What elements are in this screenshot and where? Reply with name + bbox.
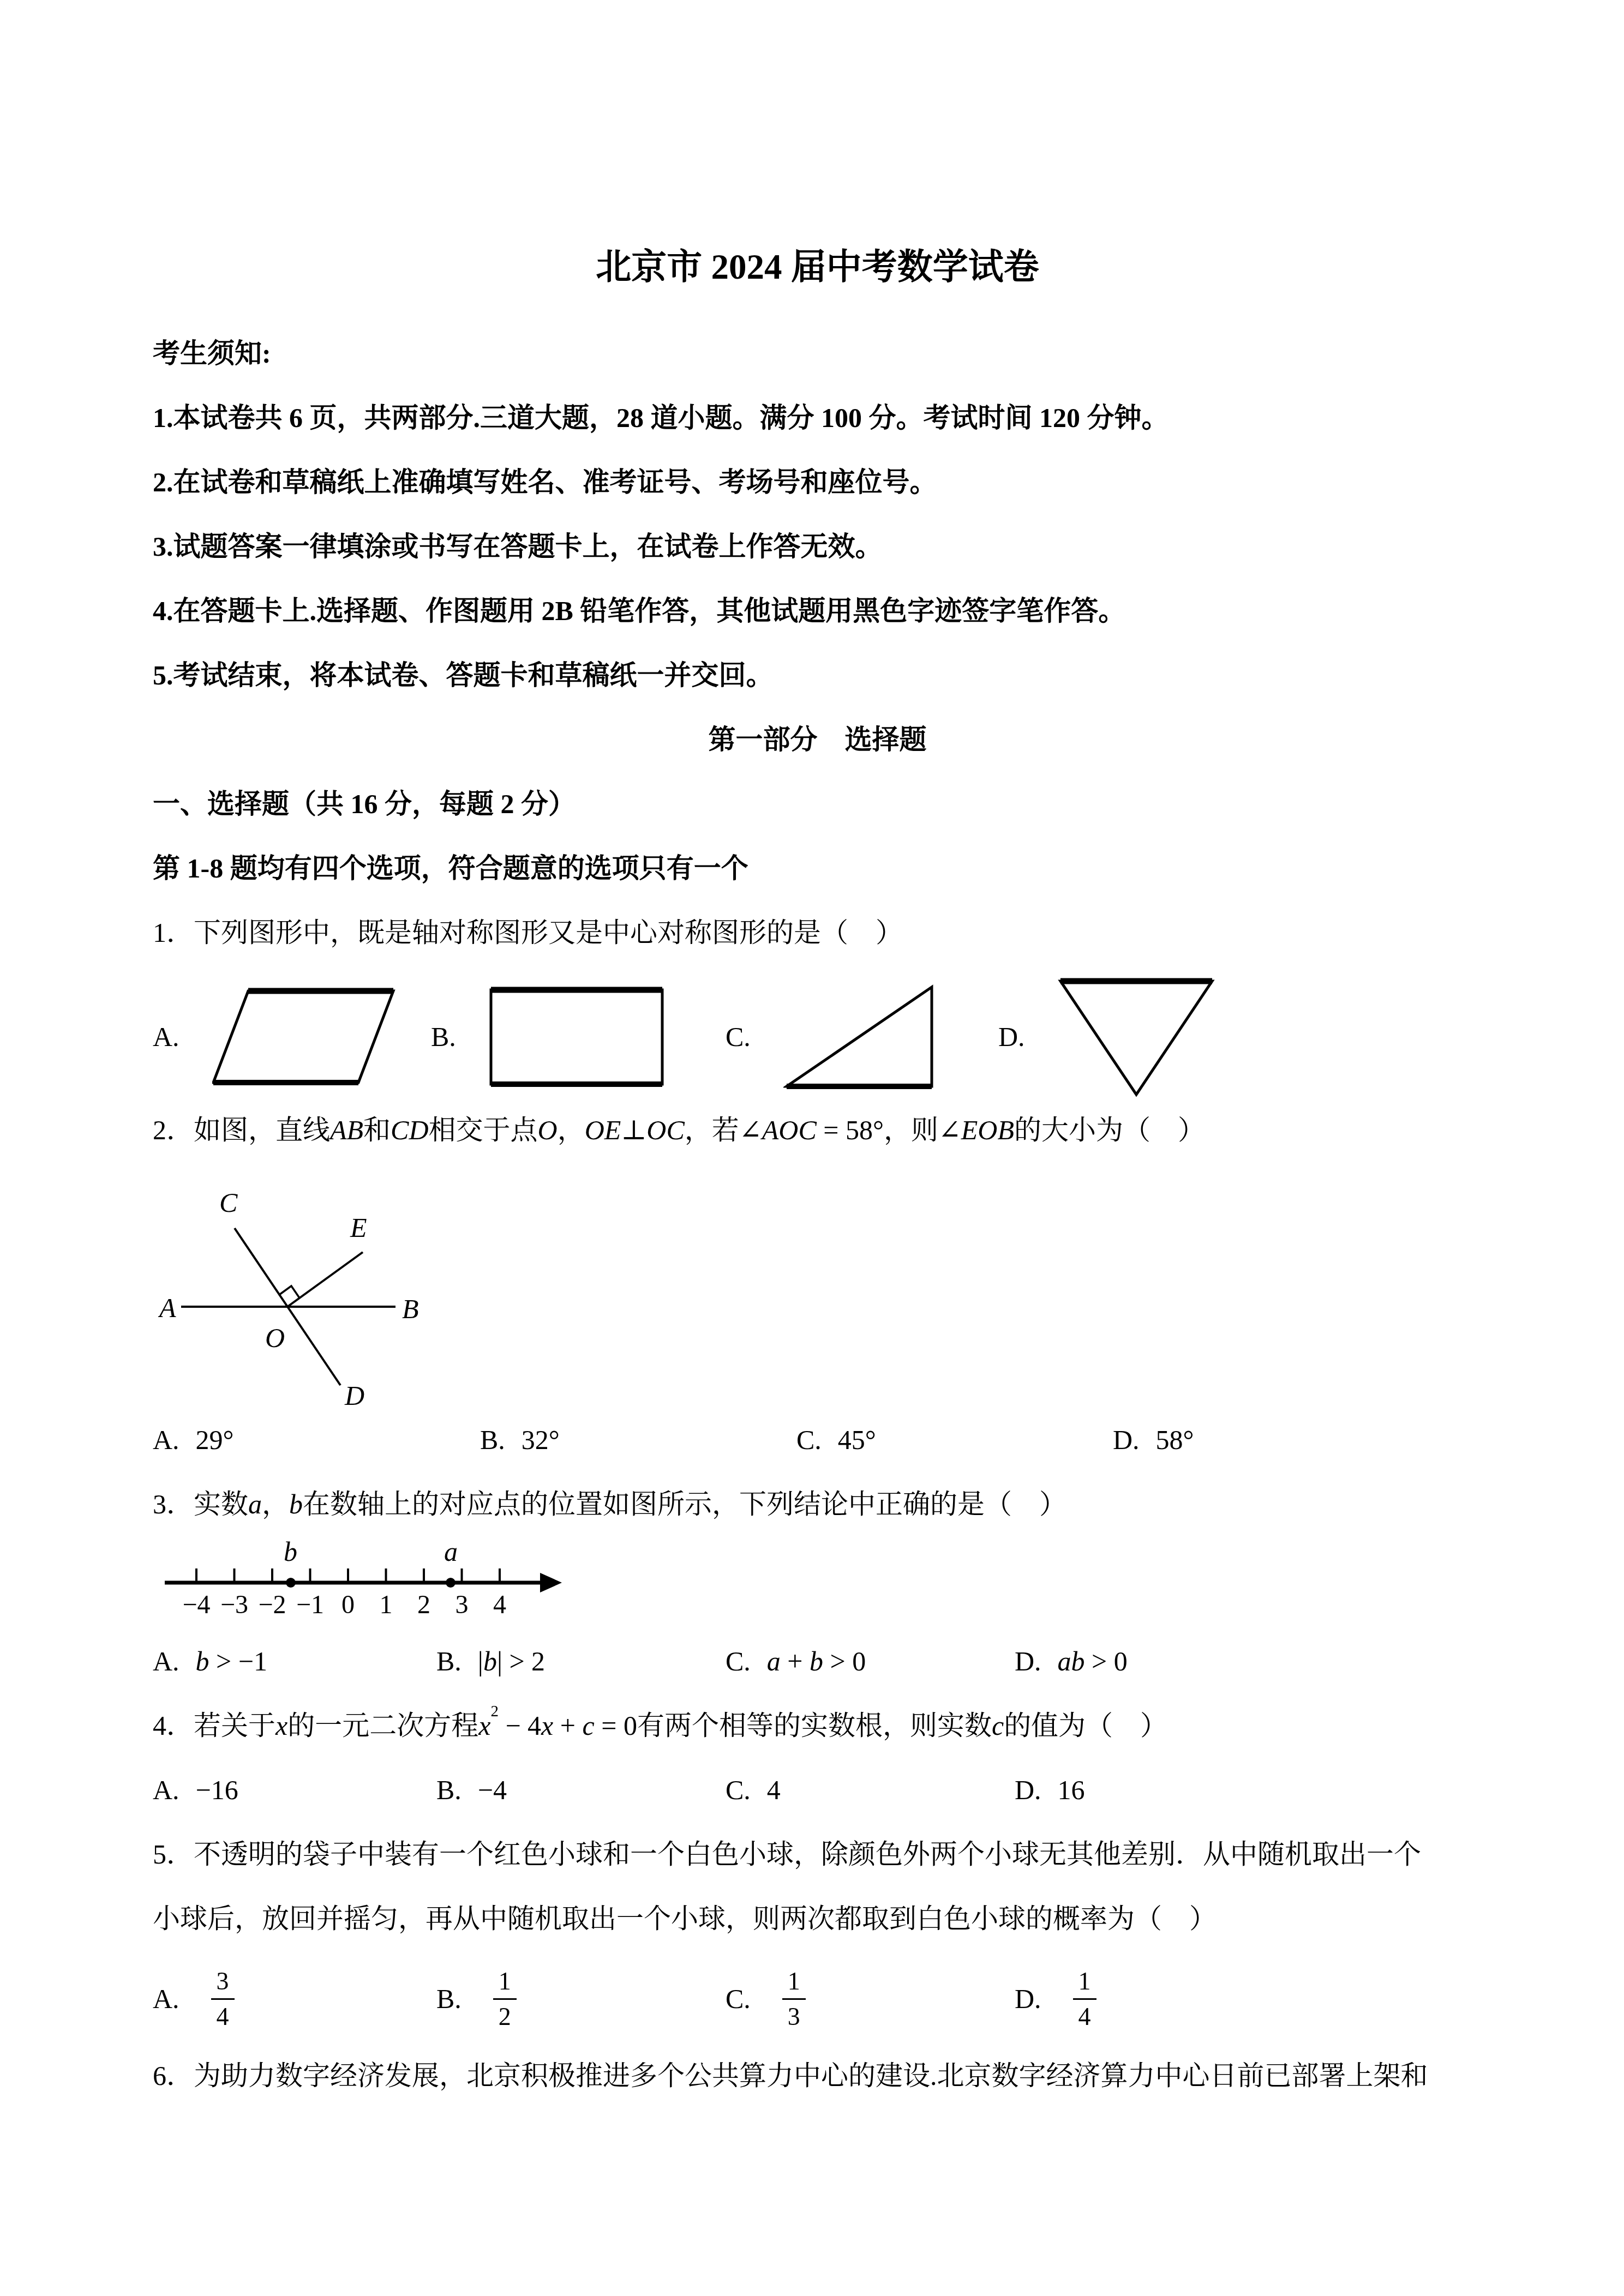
part-heading: 第一部分 选择题 bbox=[153, 709, 1482, 770]
ray-OE bbox=[287, 1252, 363, 1307]
tick-label: 4 bbox=[493, 1590, 506, 1619]
q1-option-d: D. bbox=[998, 974, 1216, 1099]
q4-option-d: D.16 bbox=[1015, 1759, 1085, 1820]
point-label-E: E bbox=[350, 1212, 367, 1243]
q5-option-c: C. 13 bbox=[726, 1952, 806, 2045]
section-note: 第 1-8 题均有四个选项，符合题意的选项只有一个 bbox=[153, 838, 1482, 899]
question-1-text: 1．下列图形中，既是轴对称图形又是中心对称图形的是（ ） bbox=[153, 902, 1482, 963]
tick-label: −2 bbox=[258, 1590, 286, 1619]
tick-label: 3 bbox=[456, 1590, 469, 1619]
question-2-text: 2．如图，直线AB和CD相交于点O，OE⊥OC，若∠AOC = 58°，则∠EO… bbox=[153, 1099, 1482, 1161]
section-heading: 一、选择题（共 16 分，每题 2 分） bbox=[153, 773, 1482, 834]
question-5-text-line-1: 5．不透明的袋子中装有一个红色小球和一个白色小球，除颜色外两个小球无其他差别．从… bbox=[153, 1824, 1482, 1885]
q3-option-d: D.ab > 0 bbox=[1015, 1631, 1128, 1692]
q1-option-a-label: A. bbox=[153, 1021, 179, 1053]
point-b-dot bbox=[286, 1578, 296, 1588]
question-3-options: A.b > −1 B.|b| > 2 C.a + b > 0 D.ab > 0 bbox=[153, 1631, 1482, 1692]
fraction: 34 bbox=[211, 1966, 235, 2032]
q1-option-b: B. bbox=[431, 974, 664, 1099]
question-6-text: 6．为助力数字经济发展，北京积极推进多个公共算力中心的建设.北京数字经济算力中心… bbox=[153, 2045, 1482, 2106]
notice-item-5: 5.考试结束，将本试卷、答题卡和草稿纸一并交回。 bbox=[153, 645, 1482, 706]
point-label-O: O bbox=[265, 1323, 285, 1353]
q5-option-d: D. 14 bbox=[1015, 1952, 1096, 2045]
q1-option-b-label: B. bbox=[431, 1021, 456, 1053]
notice-heading: 考生须知: bbox=[153, 323, 1482, 384]
tick-label: 1 bbox=[380, 1590, 393, 1619]
question-2-figure: A B C D E O bbox=[158, 1164, 1482, 1409]
fraction: 12 bbox=[493, 1966, 517, 2032]
q3-option-b: B.|b| > 2 bbox=[436, 1631, 545, 1692]
q3-option-a: A.b > −1 bbox=[153, 1631, 267, 1692]
q3-option-c: C.a + b > 0 bbox=[726, 1631, 866, 1692]
q1-option-c-label: C. bbox=[726, 1021, 751, 1053]
q4-option-c: C.4 bbox=[726, 1759, 781, 1820]
q2-option-b: B.32° bbox=[480, 1409, 560, 1470]
exam-paper-content: 北京市 2024 届中考数学试卷 考生须知: 1.本试卷共 6 页，共两部分.三… bbox=[0, 237, 1624, 2106]
inverted-triangle-icon bbox=[1058, 976, 1216, 1098]
question-2-options: A.29° B.32° C.45° D.58° bbox=[153, 1409, 1482, 1470]
axis-arrowhead bbox=[540, 1573, 562, 1592]
q1-option-d-label: D. bbox=[998, 1021, 1025, 1053]
q2-option-a: A.29° bbox=[153, 1409, 234, 1470]
right-angle-mark bbox=[279, 1286, 299, 1298]
question-1-options: A. B. C. D. bbox=[153, 974, 1482, 1099]
question-4-options: A.−16 B.−4 C.4 D.16 bbox=[153, 1759, 1482, 1820]
q5-option-b: B. 12 bbox=[436, 1952, 517, 2045]
parallelogram-icon bbox=[212, 987, 403, 1087]
point-a-dot bbox=[446, 1578, 456, 1588]
point-label-C: C bbox=[219, 1187, 238, 1218]
q2-option-c: C.45° bbox=[796, 1409, 876, 1470]
point-label-b: b bbox=[284, 1538, 297, 1567]
tick-label: −4 bbox=[182, 1590, 210, 1619]
question-3-figure: b a −4 −3 −2 −1 0 1 2 3 4 bbox=[158, 1538, 1482, 1631]
tick-label: 0 bbox=[341, 1590, 355, 1619]
page-title: 北京市 2024 届中考数学试卷 bbox=[153, 237, 1482, 298]
tick-label: 2 bbox=[417, 1590, 430, 1619]
point-label-D: D bbox=[344, 1380, 364, 1409]
question-5-text-line-2: 小球后，放回并摇匀，再从中随机取出一个小球，则两次都取到白色小球的概率为（ ） bbox=[153, 1888, 1482, 1949]
exam-paper-page: { "doc": { "title": "北京市 2024 届中考数学试卷", … bbox=[0, 0, 1624, 2296]
point-label-a: a bbox=[444, 1538, 458, 1567]
notice-item-1: 1.本试卷共 6 页，共两部分.三道大题，28 道小题。满分 100 分。考试时… bbox=[153, 387, 1482, 448]
q1-option-c: C. bbox=[709, 974, 936, 1099]
question-5-options: A. 34 B. 12 C. 13 D. 14 bbox=[153, 1952, 1482, 2045]
tick-label: −1 bbox=[296, 1590, 324, 1619]
q1-option-a: A. bbox=[153, 974, 403, 1099]
number-line-figure: b a −4 −3 −2 −1 0 1 2 3 4 bbox=[158, 1538, 595, 1631]
fraction: 13 bbox=[782, 1966, 806, 2032]
notice-item-4: 4.在答题卡上.选择题、作图题用 2B 铅笔作答，其他试题用黑色字迹签字笔作答。 bbox=[153, 580, 1482, 641]
fraction: 14 bbox=[1073, 1966, 1096, 2032]
right-triangle-icon bbox=[783, 984, 936, 1090]
q4-option-a: A.−16 bbox=[153, 1759, 238, 1820]
q5-option-a: A. 34 bbox=[153, 1952, 235, 2045]
intersecting-lines-figure: A B C D E O bbox=[158, 1164, 426, 1409]
point-label-A: A bbox=[158, 1293, 176, 1323]
question-3-text: 3．实数a，b在数轴上的对应点的位置如图所示，下列结论中正确的是（ ） bbox=[153, 1474, 1482, 1535]
point-label-B: B bbox=[402, 1294, 419, 1324]
notice-item-3: 3.试题答案一律填涂或书写在答题卡上，在试卷上作答无效。 bbox=[153, 516, 1482, 577]
tick-label: −3 bbox=[220, 1590, 248, 1619]
q2-option-d: D.58° bbox=[1113, 1409, 1194, 1470]
q4-option-b: B.−4 bbox=[436, 1759, 507, 1820]
notice-item-2: 2.在试卷和草稿纸上准确填写姓名、准考证号、考场号和座位号。 bbox=[153, 452, 1482, 513]
rectangle-icon bbox=[489, 987, 664, 1087]
question-4-text: 4．若关于x的一元二次方程x2 − 4x + c = 0有两个相等的实数根，则实… bbox=[153, 1695, 1482, 1756]
